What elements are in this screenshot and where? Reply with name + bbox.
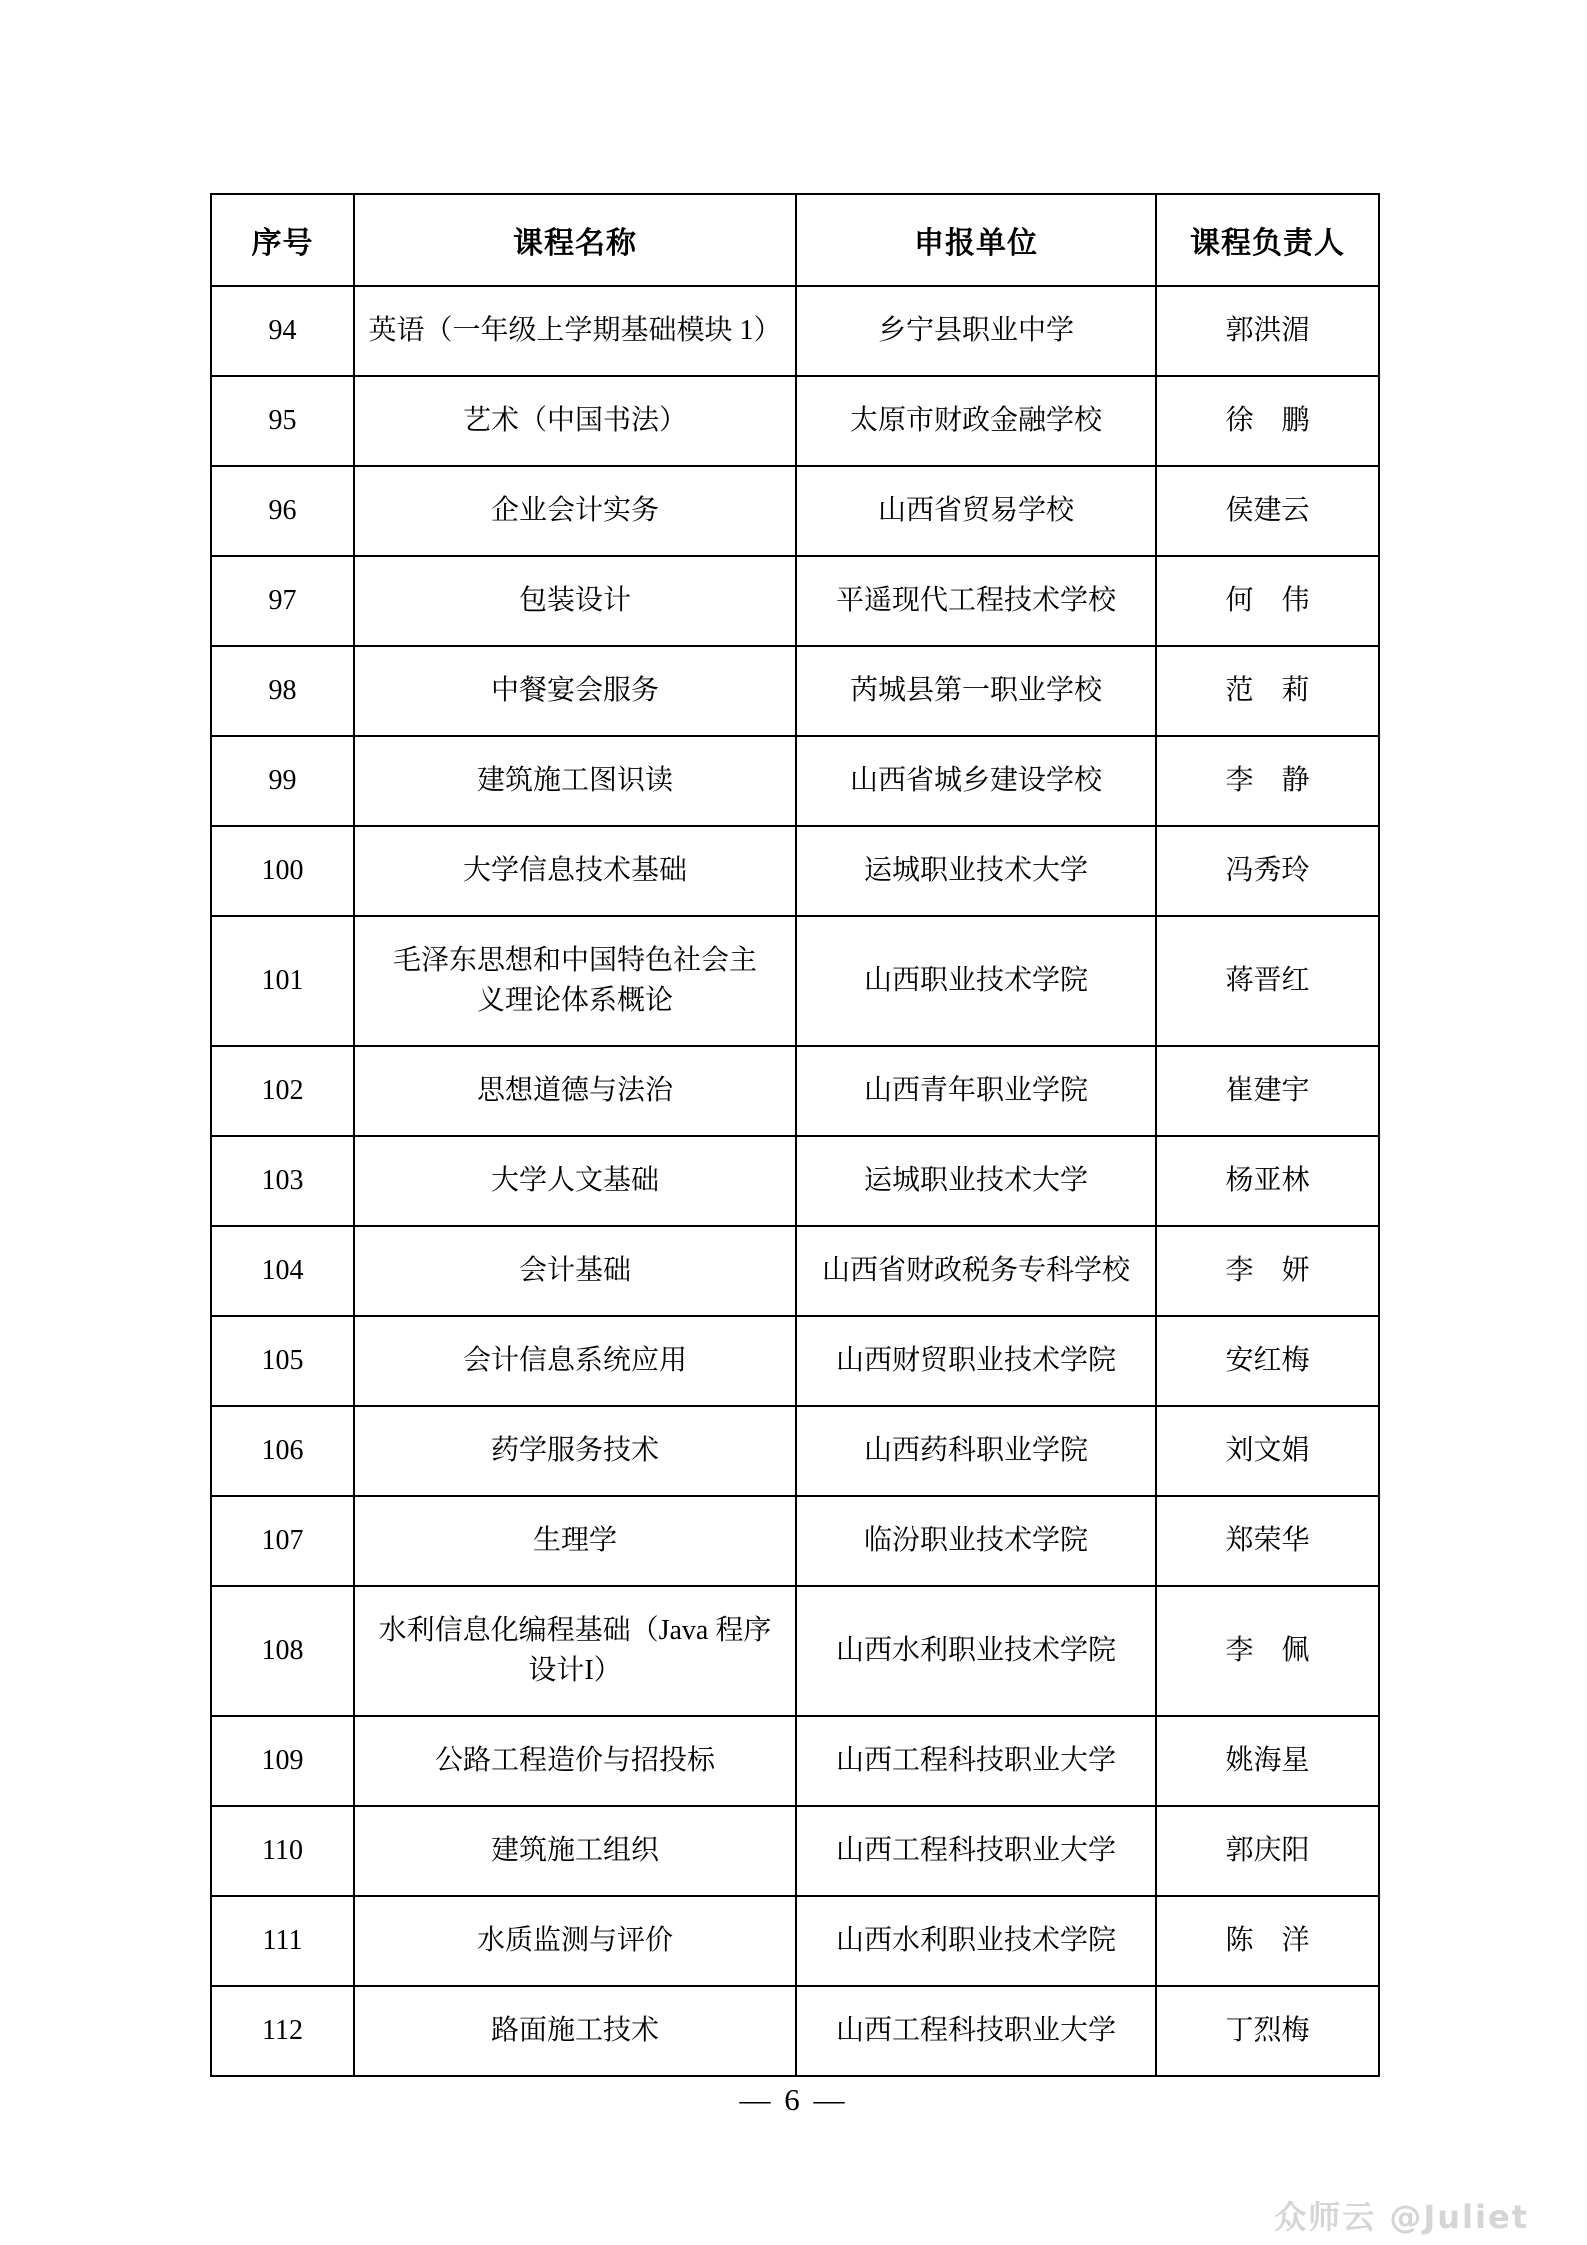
table-row: 109公路工程造价与招投标山西工程科技职业大学姚海星 xyxy=(211,1716,1379,1806)
course-name-cell: 水质监测与评价 xyxy=(354,1896,796,1986)
course-name-cell: 大学人文基础 xyxy=(354,1136,796,1226)
org-name-cell: 山西财贸职业技术学院 xyxy=(796,1316,1156,1406)
org-name-cell: 山西省财政税务专科学校 xyxy=(796,1226,1156,1316)
org-name-cell: 山西工程科技职业大学 xyxy=(796,1986,1156,2076)
leader-name-cell: 李 妍 xyxy=(1156,1226,1379,1316)
row-number-cell: 105 xyxy=(211,1316,354,1406)
course-name-cell: 药学服务技术 xyxy=(354,1406,796,1496)
table-row: 103大学人文基础运城职业技术大学杨亚林 xyxy=(211,1136,1379,1226)
leader-name-cell: 刘文娟 xyxy=(1156,1406,1379,1496)
leader-name-cell: 冯秀玲 xyxy=(1156,826,1379,916)
header-cell-leader: 课程负责人 xyxy=(1156,194,1379,286)
table-row: 110建筑施工组织山西工程科技职业大学郭庆阳 xyxy=(211,1806,1379,1896)
row-number-cell: 101 xyxy=(211,916,354,1046)
row-number-cell: 103 xyxy=(211,1136,354,1226)
org-name-cell: 运城职业技术大学 xyxy=(796,826,1156,916)
table-row: 101毛泽东思想和中国特色社会主 义理论体系概论山西职业技术学院蒋晋红 xyxy=(211,916,1379,1046)
org-name-cell: 山西水利职业技术学院 xyxy=(796,1896,1156,1986)
row-number-cell: 109 xyxy=(211,1716,354,1806)
row-number-cell: 94 xyxy=(211,286,354,376)
org-name-cell: 山西省贸易学校 xyxy=(796,466,1156,556)
leader-name-cell: 范 莉 xyxy=(1156,646,1379,736)
leader-name-cell: 李 静 xyxy=(1156,736,1379,826)
course-name-cell: 路面施工技术 xyxy=(354,1986,796,2076)
course-name-cell: 会计信息系统应用 xyxy=(354,1316,796,1406)
table-row: 94英语（一年级上学期基础模块 1）乡宁县职业中学郭洪湄 xyxy=(211,286,1379,376)
table-body: 94英语（一年级上学期基础模块 1）乡宁县职业中学郭洪湄95艺术（中国书法）太原… xyxy=(211,286,1379,2076)
course-table: 序号 课程名称 申报单位 课程负责人 94英语（一年级上学期基础模块 1）乡宁县… xyxy=(210,193,1380,2077)
leader-name-cell: 何 伟 xyxy=(1156,556,1379,646)
org-name-cell: 山西药科职业学院 xyxy=(796,1406,1156,1496)
leader-name-cell: 陈 洋 xyxy=(1156,1896,1379,1986)
leader-name-cell: 崔建宇 xyxy=(1156,1046,1379,1136)
course-table-container: 序号 课程名称 申报单位 课程负责人 94英语（一年级上学期基础模块 1）乡宁县… xyxy=(210,193,1380,2077)
row-number-cell: 97 xyxy=(211,556,354,646)
table-row: 111水质监测与评价山西水利职业技术学院陈 洋 xyxy=(211,1896,1379,1986)
table-row: 102思想道德与法治山西青年职业学院崔建宇 xyxy=(211,1046,1379,1136)
course-name-cell: 建筑施工图识读 xyxy=(354,736,796,826)
course-name-cell: 企业会计实务 xyxy=(354,466,796,556)
row-number-cell: 99 xyxy=(211,736,354,826)
course-name-cell: 包装设计 xyxy=(354,556,796,646)
course-name-cell: 中餐宴会服务 xyxy=(354,646,796,736)
table-row: 95艺术（中国书法）太原市财政金融学校徐 鹏 xyxy=(211,376,1379,466)
table-row: 107生理学临汾职业技术学院郑荣华 xyxy=(211,1496,1379,1586)
course-name-cell: 水利信息化编程基础（Java 程序 设计I） xyxy=(354,1586,796,1716)
leader-name-cell: 李 佩 xyxy=(1156,1586,1379,1716)
course-name-cell: 大学信息技术基础 xyxy=(354,826,796,916)
leader-name-cell: 蒋晋红 xyxy=(1156,916,1379,1046)
org-name-cell: 山西青年职业学院 xyxy=(796,1046,1156,1136)
org-name-cell: 运城职业技术大学 xyxy=(796,1136,1156,1226)
org-name-cell: 太原市财政金融学校 xyxy=(796,376,1156,466)
row-number-cell: 111 xyxy=(211,1896,354,1986)
course-name-cell: 会计基础 xyxy=(354,1226,796,1316)
leader-name-cell: 郭庆阳 xyxy=(1156,1806,1379,1896)
row-number-cell: 112 xyxy=(211,1986,354,2076)
table-row: 97包装设计平遥现代工程技术学校何 伟 xyxy=(211,556,1379,646)
org-name-cell: 山西职业技术学院 xyxy=(796,916,1156,1046)
table-row: 112路面施工技术山西工程科技职业大学丁烈梅 xyxy=(211,1986,1379,2076)
row-number-cell: 104 xyxy=(211,1226,354,1316)
org-name-cell: 山西工程科技职业大学 xyxy=(796,1716,1156,1806)
row-number-cell: 100 xyxy=(211,826,354,916)
header-cell-course: 课程名称 xyxy=(354,194,796,286)
leader-name-cell: 杨亚林 xyxy=(1156,1136,1379,1226)
row-number-cell: 108 xyxy=(211,1586,354,1716)
table-header-row: 序号 课程名称 申报单位 课程负责人 xyxy=(211,194,1379,286)
leader-name-cell: 郭洪湄 xyxy=(1156,286,1379,376)
org-name-cell: 山西省城乡建设学校 xyxy=(796,736,1156,826)
header-cell-no: 序号 xyxy=(211,194,354,286)
row-number-cell: 96 xyxy=(211,466,354,556)
leader-name-cell: 安红梅 xyxy=(1156,1316,1379,1406)
course-name-cell: 毛泽东思想和中国特色社会主 义理论体系概论 xyxy=(354,916,796,1046)
leader-name-cell: 郑荣华 xyxy=(1156,1496,1379,1586)
course-name-cell: 建筑施工组织 xyxy=(354,1806,796,1896)
leader-name-cell: 侯建云 xyxy=(1156,466,1379,556)
org-name-cell: 山西工程科技职业大学 xyxy=(796,1806,1156,1896)
row-number-cell: 106 xyxy=(211,1406,354,1496)
watermark: 众师云 @Juliet xyxy=(1274,2192,1529,2238)
row-number-cell: 102 xyxy=(211,1046,354,1136)
table-row: 98中餐宴会服务芮城县第一职业学校范 莉 xyxy=(211,646,1379,736)
table-row: 106药学服务技术山西药科职业学院刘文娟 xyxy=(211,1406,1379,1496)
course-name-cell: 英语（一年级上学期基础模块 1） xyxy=(354,286,796,376)
table-row: 99建筑施工图识读山西省城乡建设学校李 静 xyxy=(211,736,1379,826)
table-row: 104会计基础山西省财政税务专科学校李 妍 xyxy=(211,1226,1379,1316)
org-name-cell: 临汾职业技术学院 xyxy=(796,1496,1156,1586)
page-number: — 6 — xyxy=(0,2082,1587,2118)
table-header: 序号 课程名称 申报单位 课程负责人 xyxy=(211,194,1379,286)
org-name-cell: 山西水利职业技术学院 xyxy=(796,1586,1156,1716)
row-number-cell: 107 xyxy=(211,1496,354,1586)
row-number-cell: 110 xyxy=(211,1806,354,1896)
leader-name-cell: 丁烈梅 xyxy=(1156,1986,1379,2076)
course-name-cell: 思想道德与法治 xyxy=(354,1046,796,1136)
course-name-cell: 艺术（中国书法） xyxy=(354,376,796,466)
row-number-cell: 95 xyxy=(211,376,354,466)
row-number-cell: 98 xyxy=(211,646,354,736)
document-page: { "page": { "background": "#ffffff", "nu… xyxy=(0,0,1587,2245)
org-name-cell: 平遥现代工程技术学校 xyxy=(796,556,1156,646)
leader-name-cell: 姚海星 xyxy=(1156,1716,1379,1806)
leader-name-cell: 徐 鹏 xyxy=(1156,376,1379,466)
table-row: 108水利信息化编程基础（Java 程序 设计I）山西水利职业技术学院李 佩 xyxy=(211,1586,1379,1716)
table-row: 100大学信息技术基础运城职业技术大学冯秀玲 xyxy=(211,826,1379,916)
table-row: 105会计信息系统应用山西财贸职业技术学院安红梅 xyxy=(211,1316,1379,1406)
table-row: 96企业会计实务山西省贸易学校侯建云 xyxy=(211,466,1379,556)
course-name-cell: 生理学 xyxy=(354,1496,796,1586)
org-name-cell: 乡宁县职业中学 xyxy=(796,286,1156,376)
org-name-cell: 芮城县第一职业学校 xyxy=(796,646,1156,736)
header-cell-org: 申报单位 xyxy=(796,194,1156,286)
course-name-cell: 公路工程造价与招投标 xyxy=(354,1716,796,1806)
